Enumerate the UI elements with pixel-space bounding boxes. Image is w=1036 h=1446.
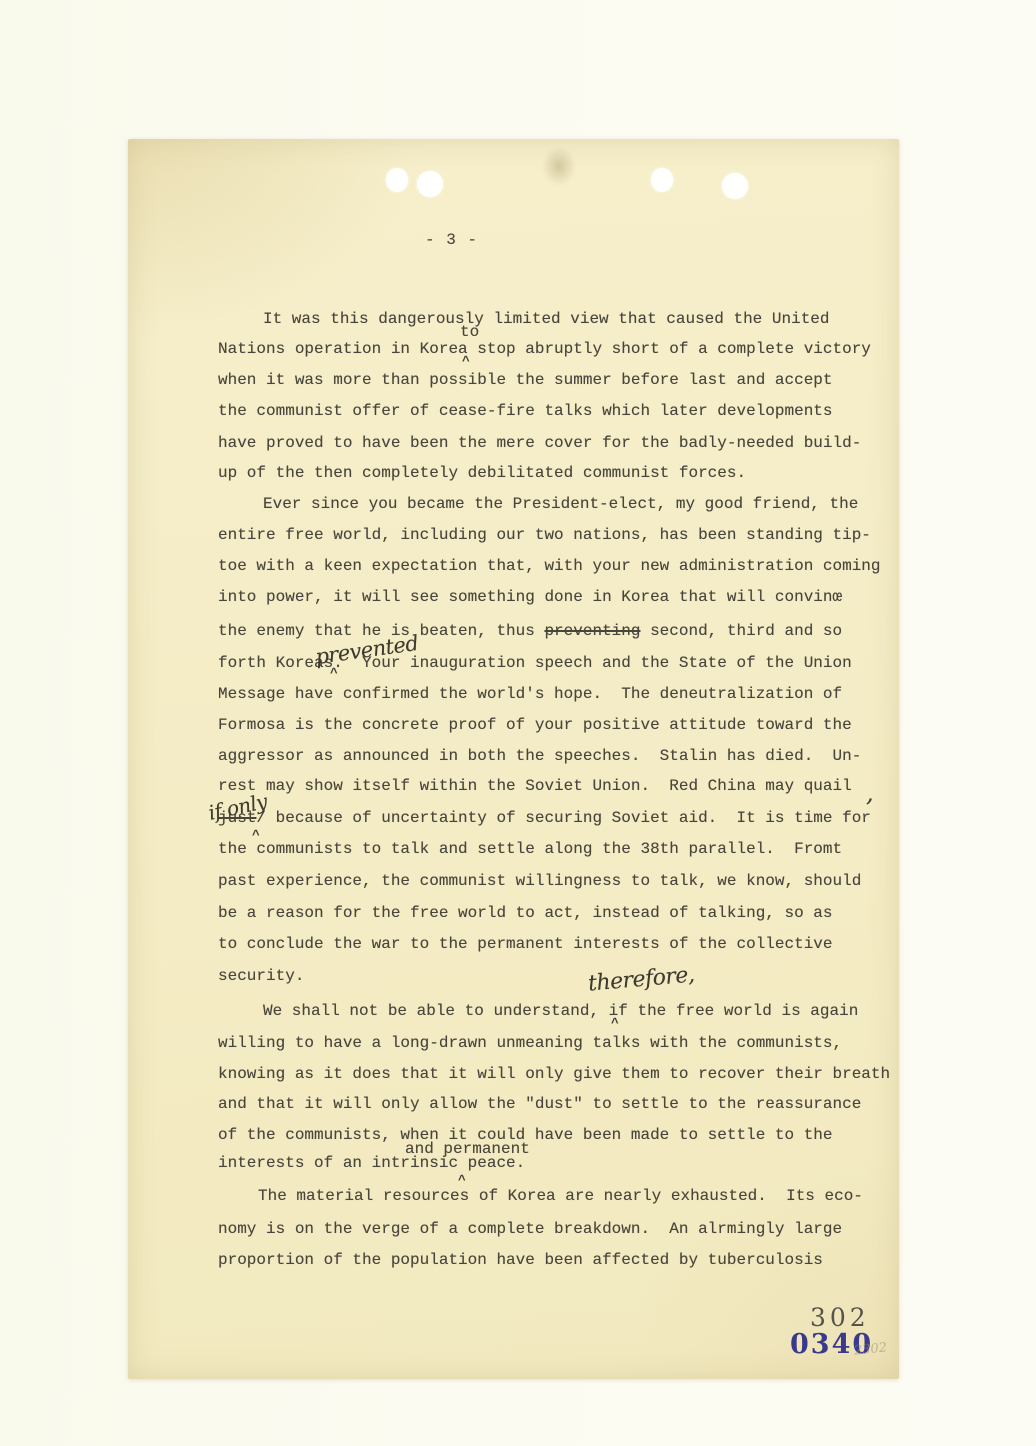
caret-mark: ^ [458,1174,466,1187]
typed-line: security. [218,967,304,986]
caret-mark: ^ [462,355,470,368]
punch-hole [651,168,673,192]
page-stamp-gray: 302 [810,1303,870,1332]
typed-line: up of the then completely debilitated co… [218,464,746,483]
typed-line: Formosa is the concrete proof of your po… [218,716,852,735]
typed-line: Nations operation in Korea stop abruptly… [218,340,871,359]
punch-hole [386,168,408,192]
embossed-number: 2302 [853,1340,887,1358]
typed-line: knowing as it does that it will only giv… [218,1065,890,1084]
typed-line: aggressor as announced in both the speec… [218,747,861,766]
typed-line: have proved to have been the mere cover … [218,434,861,453]
handwritten-insertion: therefore, [587,962,695,996]
typed-line: willing to have a long-drawn unmeaning t… [218,1034,842,1053]
typed-line: The material resources of Korea are near… [258,1187,863,1206]
caret-mark: ^ [330,667,338,680]
typed-line: just/ because of uncertainty of securing… [218,809,871,828]
stain-mark [536,139,582,193]
paper-page: - 3 - It was this dangerously limited vi… [128,139,899,1379]
typed-line: nomy is on the verge of a complete break… [218,1220,842,1239]
typed-line: be a reason for the free world to act, i… [218,904,833,923]
handwritten-insertion: , [866,779,873,807]
typed-line: the communist offer of cease-fire talks … [218,402,833,421]
typed-insertion: and permanent [405,1140,530,1159]
punch-hole [722,173,748,199]
typed-line: rest may show itself within the Soviet U… [218,777,852,796]
typed-line: Message have confirmed the world's hope.… [218,685,842,704]
page-number: - 3 - [425,231,478,250]
caret-mark: ^ [252,829,260,842]
typed-line: the enemy that he is beaten, thus preven… [218,622,842,641]
caret-mark: ^ [611,1017,619,1030]
typed-line: proportion of the population have been a… [218,1251,823,1270]
typed-line: to conclude the war to the permanent int… [218,935,833,954]
typed-line: the communists to talk and settle along … [218,840,842,859]
typed-line: forth Koreas. Your inauguration speech a… [218,654,852,673]
typed-line: We shall not be able to understand, if t… [263,1002,858,1021]
typed-line: Ever since you became the President-elec… [263,495,858,514]
typed-line: and that it will only allow the "dust" t… [218,1095,861,1114]
typed-line: into power, it will see something done i… [218,588,842,607]
typed-insertion: to [460,323,479,342]
typed-line: when it was more than possible the summe… [218,371,833,390]
typed-line: toe with a keen expectation that, with y… [218,557,881,576]
typed-line: past experience, the communist willingne… [218,872,861,891]
punch-hole [417,171,443,197]
typed-line: entire free world, including our two nat… [218,526,871,545]
typed-line: It was this dangerously limited view tha… [263,310,830,329]
